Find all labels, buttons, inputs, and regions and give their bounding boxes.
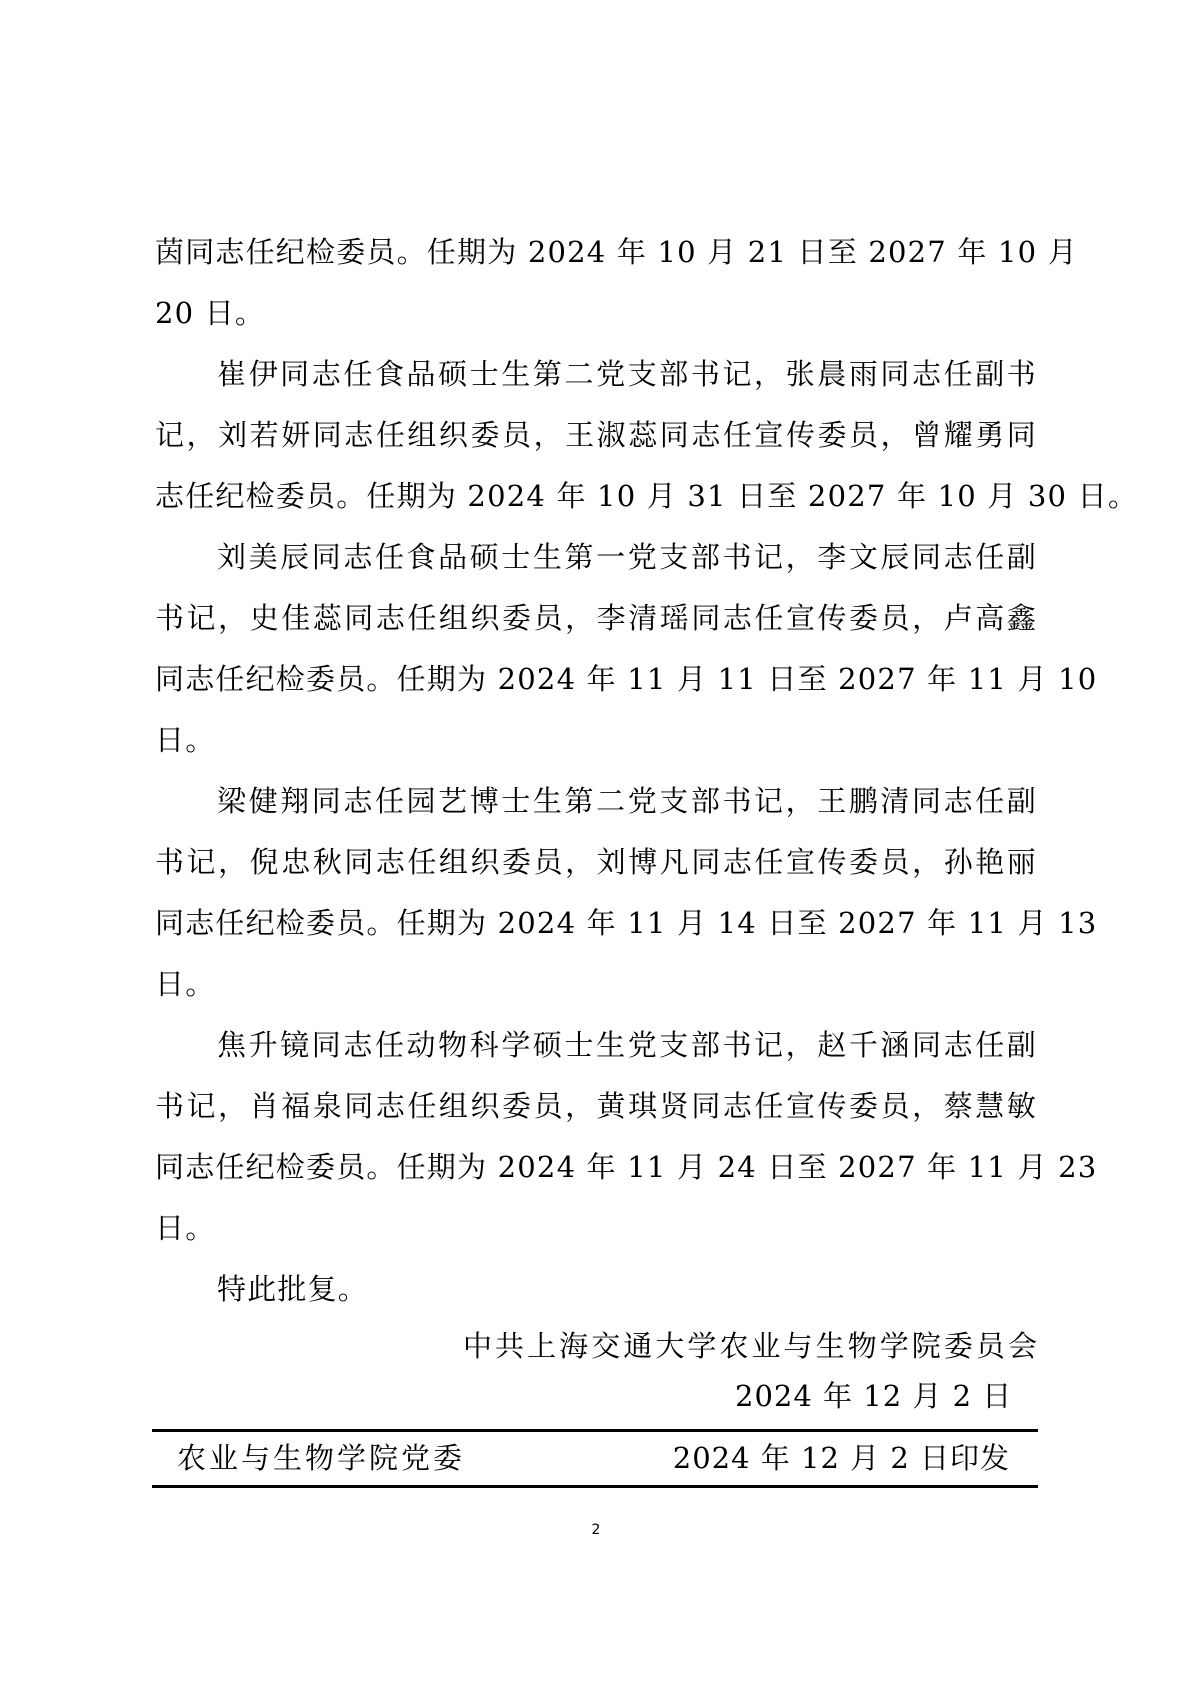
signature-date: 2024 年 12 月 2 日 [735,1372,980,1420]
body-line: 志任纪检委员。任期为 2024 年 10 月 31 日至 2027 年 10 月… [155,466,1037,527]
body-line: 书记，史佳蕊同志任组织委员，李清瑶同志任宣传委员，卢高鑫 [155,588,1037,649]
body-line: 日。 [155,954,1037,1015]
closing-line: 特此批复。 [155,1259,1037,1320]
signature-organization: 中共上海交通大学农业与生物学院委员会 [463,1322,1037,1370]
body-line: 书记，倪忠秋同志任组织委员，刘博凡同志任宣传委员，孙艳丽 [155,832,1037,893]
document-body: 茵同志任纪检委员。任期为 2024 年 10 月 21 日至 2027 年 10… [155,222,1037,1320]
paragraph-start-line: 刘美辰同志任食品硕士生第一党支部书记，李文辰同志任副 [155,527,1037,588]
footer-print-date: 2024 年 12 月 2 日印发 [673,1432,1010,1485]
body-line: 日。 [155,1198,1037,1259]
print-footer: 农业与生物学院党委 2024 年 12 月 2 日印发 [152,1432,1038,1485]
body-line: 20 日。 [155,283,1037,344]
page-number: 2 [586,1518,606,1542]
paragraph-start-line: 崔伊同志任食品硕士生第二党支部书记，张晨雨同志任副书 [155,344,1037,405]
body-line: 书记，肖福泉同志任组织委员，黄琪贤同志任宣传委员，蔡慧敏 [155,1076,1037,1137]
paragraph-start-line: 焦升镜同志任动物科学硕士生党支部书记，赵千涵同志任副 [155,1015,1037,1076]
footer-issuer: 农业与生物学院党委 [177,1432,465,1485]
body-line: 同志任纪检委员。任期为 2024 年 11 月 11 日至 2027 年 11 … [155,649,1037,710]
body-line: 茵同志任纪检委员。任期为 2024 年 10 月 21 日至 2027 年 10… [155,222,1037,283]
document-page: 茵同志任纪检委员。任期为 2024 年 10 月 21 日至 2027 年 10… [0,0,1191,1684]
body-line: 记，刘若妍同志任组织委员，王淑蕊同志任宣传委员，曾耀勇同 [155,405,1037,466]
body-line: 日。 [155,710,1037,771]
footer-rule-bottom [152,1485,1038,1488]
body-line: 同志任纪检委员。任期为 2024 年 11 月 14 日至 2027 年 11 … [155,893,1037,954]
body-line: 同志任纪检委员。任期为 2024 年 11 月 24 日至 2027 年 11 … [155,1137,1037,1198]
paragraph-start-line: 梁健翔同志任园艺博士生第二党支部书记，王鹏清同志任副 [155,771,1037,832]
